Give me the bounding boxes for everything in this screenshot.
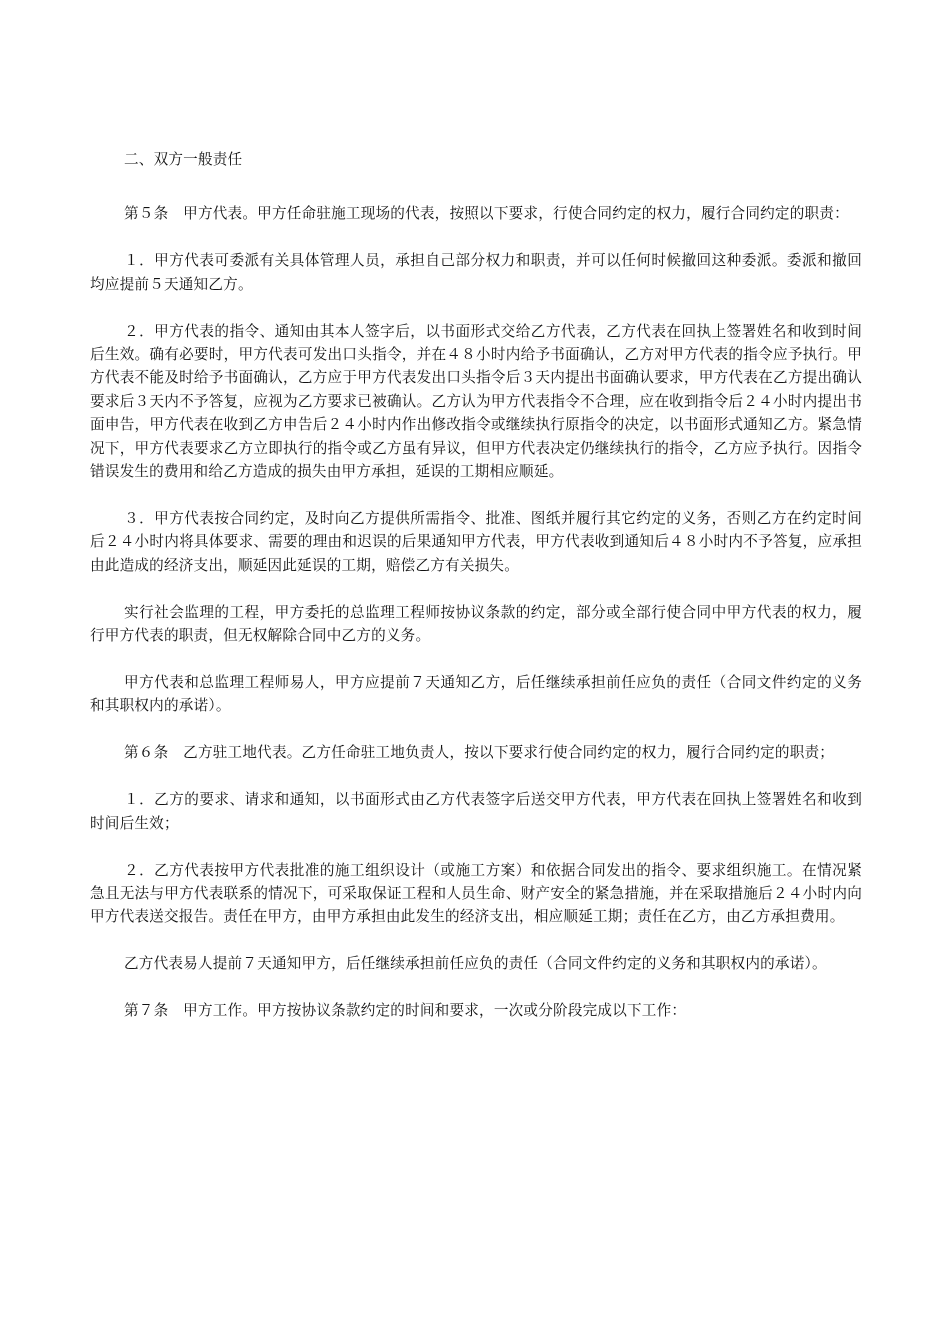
article-6-paragraph: 第６条 乙方驻工地代表。乙方任命驻工地负责人，按以下要求行使合同约定的权力，履行… [90, 741, 862, 764]
article-5-clause-1: １．甲方代表可委派有关具体管理人员，承担自己部分权力和职责，并可以任何时候撤回这… [90, 249, 862, 296]
article-5-paragraph: 第５条 甲方代表。甲方任命驻施工现场的代表，按照以下要求，行使合同约定的权力，履… [90, 202, 862, 225]
contractor-rep-change-paragraph: 乙方代表易人提前７天通知甲方，后任继续承担前任应负的责任（合同文件约定的义务和其… [90, 952, 862, 975]
document-page: 二、双方一般责任 第５条 甲方代表。甲方任命驻施工现场的代表，按照以下要求，行使… [90, 148, 862, 1046]
article-5-clause-2: ２．甲方代表的指令、通知由其本人签字后，以书面形式交给乙方代表，乙方代表在回执上… [90, 320, 862, 484]
representative-change-paragraph: 甲方代表和总监理工程师易人，甲方应提前７天通知乙方，后任继续承担前任应负的责任（… [90, 671, 862, 718]
article-5-clause-3: ３．甲方代表按合同约定，及时向乙方提供所需指令、批准、图纸并履行其它约定的义务，… [90, 507, 862, 577]
supervision-paragraph: 实行社会监理的工程，甲方委托的总监理工程师按协议条款的约定，部分或全部行使合同中… [90, 601, 862, 648]
article-7-paragraph: 第７条 甲方工作。甲方按协议条款约定的时间和要求，一次或分阶段完成以下工作： [90, 999, 862, 1022]
section-heading: 二、双方一般责任 [90, 148, 862, 171]
article-6-clause-2: ２．乙方代表按甲方代表批准的施工组织设计（或施工方案）和依据合同发出的指令、要求… [90, 859, 862, 929]
article-6-clause-1: １．乙方的要求、请求和通知，以书面形式由乙方代表签字后送交甲方代表，甲方代表在回… [90, 788, 862, 835]
